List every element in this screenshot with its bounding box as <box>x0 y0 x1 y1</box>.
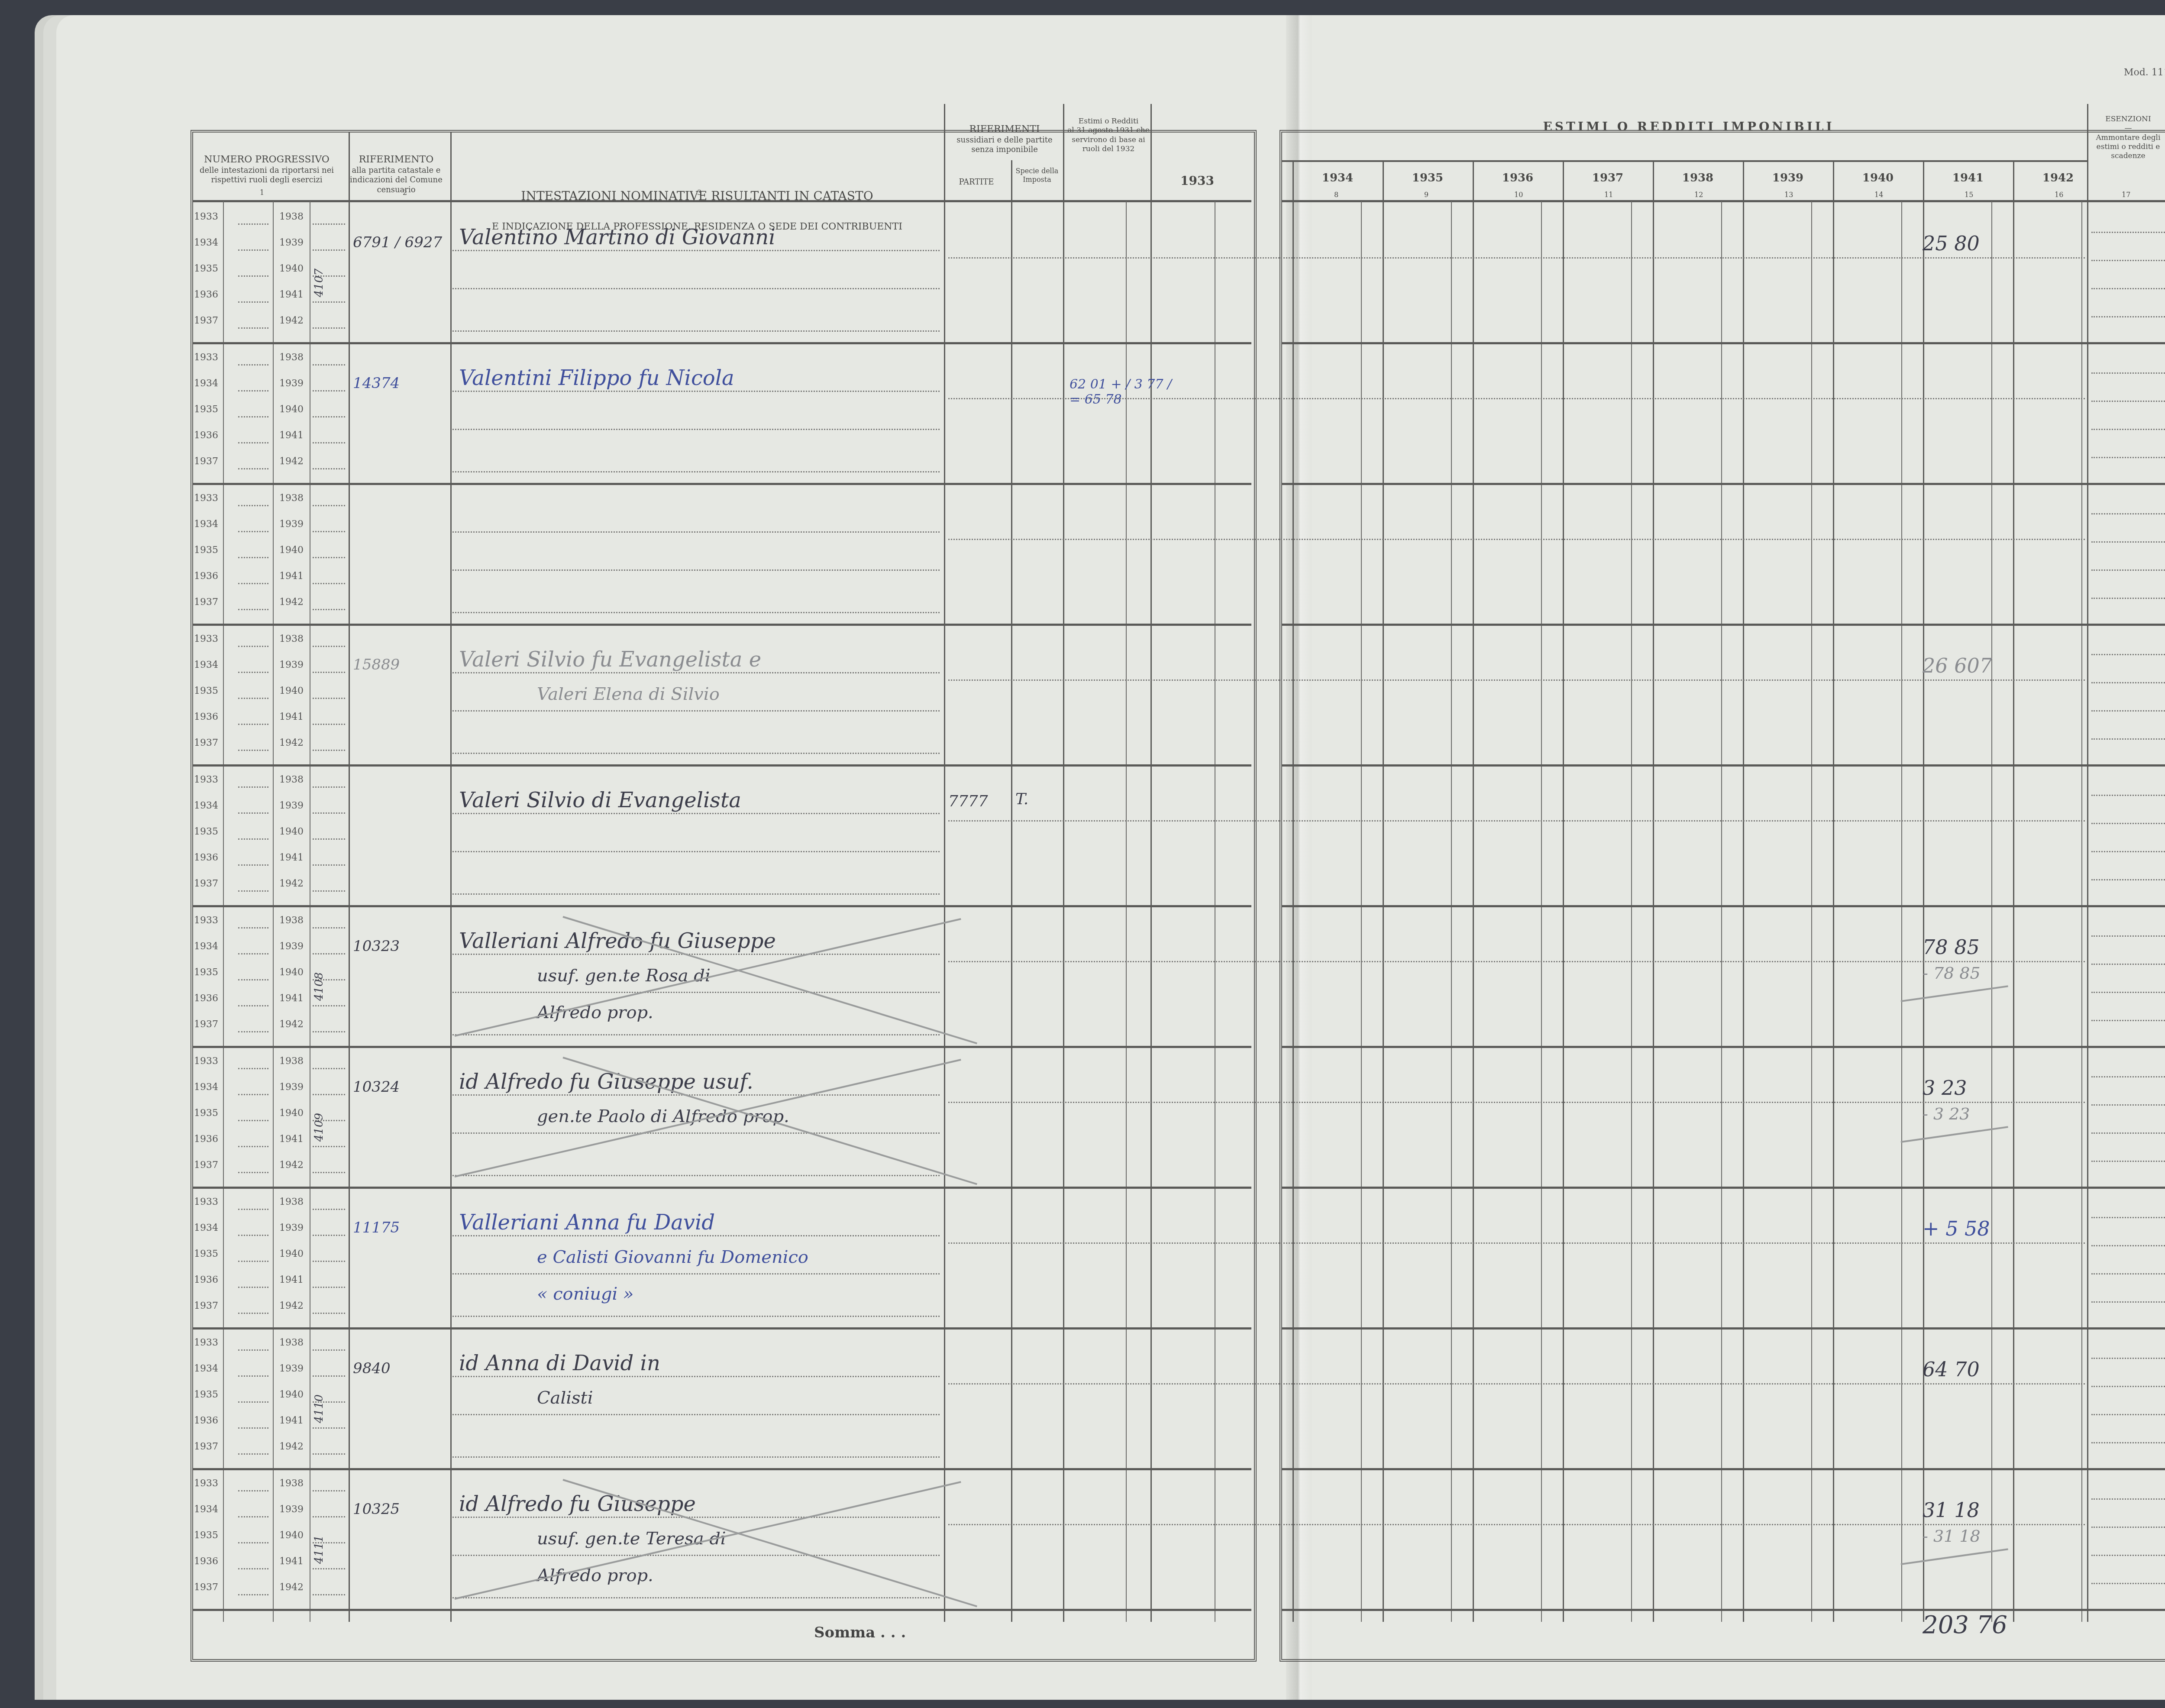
dotted-blank <box>238 1542 268 1543</box>
year-label: 1938 <box>279 634 304 644</box>
entry-separator <box>193 483 1251 485</box>
rule-col17-18 <box>2087 104 2088 1622</box>
rule-year-col <box>1923 161 1924 1622</box>
cadastral-reference: 10324 <box>353 1078 400 1096</box>
dotted-blank <box>313 1349 345 1351</box>
entry-separator <box>1282 342 2165 344</box>
year-label: 1941 <box>279 852 304 863</box>
header-year-1934: 1934 <box>1293 171 1383 185</box>
name-line <box>452 391 940 392</box>
sum-1941-value: 203 76 <box>1923 1611 2007 1639</box>
exemption-line <box>2091 598 2165 599</box>
exemption-line <box>2091 1217 2165 1218</box>
cadastral-reference: 9840 <box>353 1360 391 1377</box>
value-line <box>948 539 2085 540</box>
year-label: 1941 <box>279 1556 304 1567</box>
exemption-line <box>2091 964 2165 965</box>
value-1941: 3 23 <box>1923 1076 1967 1100</box>
dotted-blank <box>238 812 268 814</box>
entry-separator <box>1282 1187 2165 1189</box>
year-label: 1933 <box>194 493 218 504</box>
dotted-blank <box>238 890 268 892</box>
name-line <box>452 288 940 289</box>
rule-col6-col7 <box>1150 104 1152 1622</box>
name-line <box>452 710 940 712</box>
year-label: 1941 <box>279 1415 304 1426</box>
exemption-line <box>2091 935 2165 937</box>
year-label: 1939 <box>279 1223 304 1233</box>
year-label: 1941 <box>279 1134 304 1145</box>
rule-year-col <box>2013 161 2014 1622</box>
entry-separator <box>193 905 1251 907</box>
name-line <box>452 893 940 895</box>
rule-year-col <box>1563 161 1564 1622</box>
exemption-line <box>2091 457 2165 458</box>
dotted-blank <box>238 1375 268 1377</box>
dotted-blank <box>313 786 345 788</box>
name-line <box>452 1316 940 1317</box>
entry-separator <box>193 342 1251 344</box>
header-col6-body: al 31 agosto 1931 che servirono di base … <box>1065 126 1152 154</box>
value-1941: 78 85 <box>1923 935 1980 959</box>
dotted-blank <box>238 1594 268 1595</box>
header-year-1942: 1942 <box>2013 171 2103 185</box>
col-number-9: 9 <box>1424 191 1428 199</box>
col-number-15: 15 <box>1965 191 1973 199</box>
cadastral-reference: 15889 <box>353 656 400 673</box>
year-label: 1934 <box>194 1082 218 1093</box>
value-line <box>948 820 2085 822</box>
dotted-blank <box>238 1490 268 1491</box>
name-line <box>452 1034 940 1035</box>
entry-separator <box>1282 1609 2165 1611</box>
rule-cents <box>1451 201 1452 1622</box>
year-label: 1938 <box>279 915 304 926</box>
dotted-blank <box>238 1005 268 1006</box>
dotted-blank <box>313 223 345 225</box>
col-number-1: 1 <box>260 188 264 197</box>
dotted-blank <box>313 812 345 814</box>
entry-separator <box>1282 1327 2165 1330</box>
dotted-blank <box>238 1068 268 1069</box>
year-label: 1937 <box>194 1300 218 1311</box>
rule-col7-cents <box>1215 201 1215 1622</box>
value-1941: 26 607 <box>1923 654 1992 677</box>
value-line <box>948 1102 2085 1103</box>
year-label: 1942 <box>279 1300 304 1311</box>
entry-separator <box>193 764 1251 767</box>
rule-cents <box>1721 201 1722 1622</box>
header-year-1935: 1935 <box>1383 171 1473 185</box>
estimi-subrule <box>1282 160 2087 162</box>
year-label: 1936 <box>194 712 218 722</box>
year-label: 1942 <box>279 597 304 608</box>
year-label: 1939 <box>279 1363 304 1374</box>
entry-separator <box>193 624 1251 626</box>
rule-cents <box>2081 201 2082 1622</box>
year-label: 1939 <box>279 660 304 670</box>
dotted-blank <box>238 1235 268 1236</box>
entry-separator <box>1282 764 2165 767</box>
dotted-blank <box>238 531 268 532</box>
dotted-blank <box>313 1427 345 1429</box>
dotted-blank <box>313 1146 345 1147</box>
dotted-blank <box>238 864 268 866</box>
header-col2: RIFERIMENTO alla partita catastale e ind… <box>342 119 450 195</box>
year-label: 1939 <box>279 1082 304 1093</box>
rule-col5-col6 <box>1063 104 1064 1622</box>
entry-separator <box>193 1609 1251 1611</box>
dotted-blank <box>313 301 345 303</box>
dotted-blank <box>238 1516 268 1517</box>
year-label: 1936 <box>194 430 218 441</box>
cadastral-reference: 11175 <box>353 1219 400 1236</box>
name-line <box>452 1376 940 1377</box>
dotted-blank <box>313 953 345 954</box>
year-label: 1942 <box>279 1019 304 1030</box>
header-col2-body: alla partita catastale e indicazioni del… <box>342 166 450 195</box>
dotted-blank <box>313 442 345 443</box>
dotted-blank <box>313 750 345 751</box>
year-label: 1935 <box>194 1249 218 1259</box>
dotted-blank <box>313 1568 345 1569</box>
left-table-frame <box>191 130 1257 1662</box>
value-line <box>948 1242 2085 1244</box>
exemption-line <box>2091 372 2165 374</box>
header-col17-title: ESENZIONI <box>2089 115 2165 124</box>
dotted-blank <box>238 1401 268 1403</box>
year-label: 1934 <box>194 378 218 389</box>
year-label: 1933 <box>194 211 218 222</box>
dotted-blank <box>313 1594 345 1595</box>
dotted-blank <box>313 1453 345 1455</box>
year-label: 1935 <box>194 686 218 696</box>
year-label: 1939 <box>279 237 304 248</box>
dotted-blank <box>313 327 345 329</box>
dotted-blank <box>313 468 345 469</box>
exemption-line <box>2091 401 2165 402</box>
dotted-blank <box>313 672 345 673</box>
owner-name-line: id Alfredo fu Giuseppe usuf. <box>459 1070 753 1094</box>
name-line <box>452 1273 940 1275</box>
year-label: 1937 <box>194 878 218 889</box>
year-label: 1935 <box>194 1389 218 1400</box>
exemption-line <box>2091 1527 2165 1528</box>
dotted-blank <box>238 557 268 558</box>
exemption-line <box>2091 1020 2165 1021</box>
dotted-blank <box>238 1146 268 1147</box>
rule-col3-col4 <box>944 104 945 1622</box>
dotted-blank <box>238 223 268 225</box>
exemption-line <box>2091 541 2165 543</box>
year-label: 1934 <box>194 519 218 530</box>
year-label: 1940 <box>279 967 304 978</box>
dotted-blank <box>238 609 268 610</box>
header-estimi-title: ESTIMI O REDDITI IMPONIBILI <box>1299 119 2078 134</box>
header-col5: Specie della Imposta <box>1011 167 1063 184</box>
year-label: 1937 <box>194 1582 218 1593</box>
name-line <box>452 429 940 430</box>
rule-cents <box>1541 201 1542 1622</box>
value-1941: 64 70 <box>1923 1358 1980 1381</box>
dotted-blank <box>238 1261 268 1262</box>
year-label: 1937 <box>194 1019 218 1030</box>
owner-name-line: Valeri Silvio fu Evangelista e <box>459 647 761 672</box>
name-line <box>452 1597 940 1598</box>
year-label: 1933 <box>194 1197 218 1207</box>
year-label: 1936 <box>194 1134 218 1145</box>
col-number-3: 3 <box>697 188 701 197</box>
dotted-blank <box>313 390 345 391</box>
rule-cents <box>1361 201 1362 1622</box>
header-year-1937: 1937 <box>1563 171 1653 185</box>
dotted-blank <box>313 1005 345 1006</box>
dotted-blank <box>313 864 345 866</box>
dotted-blank <box>238 979 268 980</box>
dotted-blank <box>313 1516 345 1517</box>
name-line <box>452 1094 940 1096</box>
dotted-blank <box>238 390 268 391</box>
year-label: 1938 <box>279 211 304 222</box>
year-label: 1934 <box>194 660 218 670</box>
dotted-blank <box>238 1287 268 1288</box>
header-col45: RIFERIMENTI sussidiari e delle partite s… <box>946 110 1063 155</box>
value-1941-correction: - 31 18 <box>1923 1527 1981 1546</box>
dotted-blank <box>313 505 345 506</box>
dotted-blank <box>238 327 268 329</box>
owner-name-line: Valeri Elena di Silvio <box>537 684 720 704</box>
entry-separator <box>1282 1046 2165 1048</box>
name-line <box>452 753 940 754</box>
right-table-frame <box>1280 130 2165 1662</box>
exemption-line <box>2091 1414 2165 1415</box>
year-label: 1934 <box>194 941 218 952</box>
year-label: 1938 <box>279 493 304 504</box>
header-col4: PARTITE <box>946 178 1007 188</box>
dotted-blank <box>238 646 268 647</box>
dotted-blank <box>313 1172 345 1173</box>
header-col17: ESENZIONI — Ammontare degli estimi o red… <box>2089 115 2165 161</box>
header-col45-title: RIFERIMENTI <box>946 123 1063 136</box>
year-label: 1942 <box>279 1160 304 1171</box>
name-line <box>452 612 940 613</box>
name-line <box>452 813 940 814</box>
year-label: 1939 <box>279 800 304 811</box>
dotted-blank <box>238 1427 268 1429</box>
owner-name-line: Valeri Silvio di Evangelista <box>459 788 741 812</box>
dotted-blank <box>313 646 345 647</box>
header-col1-body: delle intestazioni da riportarsi nei ris… <box>193 166 340 185</box>
name-line <box>452 851 940 852</box>
header-col45-body: sussidiari e delle partite senza imponib… <box>946 136 1063 155</box>
dotted-blank <box>238 927 268 928</box>
year-label: 1940 <box>279 1108 304 1119</box>
col-number-8: 8 <box>1334 191 1338 199</box>
rule-cents <box>1811 201 1812 1622</box>
year-label: 1940 <box>279 1389 304 1400</box>
year-label: 1940 <box>279 1249 304 1259</box>
year-label: 1937 <box>194 315 218 326</box>
year-label: 1936 <box>194 289 218 300</box>
dotted-blank <box>313 724 345 725</box>
owner-name-line: « coniugi » <box>537 1284 634 1304</box>
owner-name-line: gen.te Paolo di Alfredo prop. <box>537 1106 789 1126</box>
entry-separator <box>1282 483 2165 485</box>
col-number-2: 2 <box>403 188 407 197</box>
year-label: 1938 <box>279 1197 304 1207</box>
name-line <box>452 1517 940 1518</box>
year-label: 1933 <box>194 1337 218 1348</box>
dotted-blank <box>238 1349 268 1351</box>
name-line <box>452 250 940 251</box>
name-line <box>452 1456 940 1458</box>
dotted-blank <box>313 609 345 610</box>
name-line <box>452 330 940 332</box>
year-label: 1938 <box>279 1478 304 1489</box>
header-col1: NUMERO PROGRESSIVO delle intestazioni da… <box>193 119 340 185</box>
dotted-blank <box>238 750 268 751</box>
col-number-14: 14 <box>1874 191 1883 199</box>
entry-separator <box>193 1468 1251 1470</box>
dotted-blank <box>238 672 268 673</box>
dotted-blank <box>313 1287 345 1288</box>
year-label: 1941 <box>279 712 304 722</box>
rule-year-col <box>1473 161 1474 1622</box>
year-label: 1941 <box>279 289 304 300</box>
col-number-17: 17 <box>2122 191 2130 199</box>
year-label: 1935 <box>194 967 218 978</box>
exemption-line <box>2091 1555 2165 1556</box>
name-line <box>452 992 940 993</box>
year-label: 1935 <box>194 826 218 837</box>
col-number-11: 11 <box>1604 191 1613 199</box>
col-number-13: 13 <box>1784 191 1793 199</box>
progressive-number: 4109 <box>313 1113 326 1142</box>
cadastral-reference: 14374 <box>353 375 400 392</box>
owner-name-line: Valentino Martino di Giovanni <box>459 225 776 249</box>
col-number-16: 16 <box>2055 191 2063 199</box>
value-1941-correction: - 78 85 <box>1923 964 1981 983</box>
entry-separator <box>193 1187 1251 1189</box>
dotted-blank <box>238 1313 268 1314</box>
year-label: 1941 <box>279 1275 304 1285</box>
exemption-line <box>2091 823 2165 824</box>
year-label: 1938 <box>279 1337 304 1348</box>
sum-label: Somma . . . <box>814 1624 906 1641</box>
owner-name-line: id Anna di David in <box>459 1351 660 1375</box>
dotted-blank <box>313 531 345 532</box>
value-line <box>948 961 2085 962</box>
exemption-line <box>2091 851 2165 852</box>
year-label: 1938 <box>279 1056 304 1067</box>
rule-col4-col5 <box>1011 160 1012 1622</box>
year-label: 1936 <box>194 571 218 582</box>
rule-col1-a <box>223 201 224 1622</box>
cadastral-reference: 10325 <box>353 1501 400 1518</box>
year-label: 1933 <box>194 915 218 926</box>
rule-col1-col2 <box>349 132 350 1622</box>
col-number-10: 10 <box>1514 191 1523 199</box>
year-label: 1933 <box>194 1056 218 1067</box>
dotted-blank <box>313 1235 345 1236</box>
dotted-blank <box>238 1120 268 1121</box>
year-label: 1935 <box>194 263 218 274</box>
year-label: 1934 <box>194 1223 218 1233</box>
dotted-blank <box>313 364 345 366</box>
year-label: 1942 <box>279 1441 304 1452</box>
progressive-number: 4107 <box>313 268 326 297</box>
partite-value: 7777 <box>948 793 988 810</box>
year-label: 1942 <box>279 1582 304 1593</box>
exemption-line <box>2091 1245 2165 1246</box>
dotted-blank <box>313 583 345 584</box>
year-label: 1940 <box>279 263 304 274</box>
entry-separator <box>193 1327 1251 1330</box>
year-label: 1937 <box>194 738 218 748</box>
header-rule-right <box>1282 200 2165 202</box>
header-year-1936: 1936 <box>1473 171 1563 185</box>
header-col6: Estimi o Redditi al 31 agosto 1931 che s… <box>1065 110 1152 154</box>
dotted-blank <box>313 1375 345 1377</box>
value-line <box>948 679 2085 681</box>
name-line <box>452 531 940 533</box>
progressive-number: 4108 <box>313 972 326 1001</box>
rule-col2-col3 <box>450 132 452 1622</box>
year-label: 1933 <box>194 1478 218 1489</box>
year-label: 1935 <box>194 404 218 415</box>
dotted-blank <box>313 1031 345 1032</box>
exemption-line <box>2091 710 2165 712</box>
rule-col1-c <box>310 201 310 1622</box>
dotted-blank <box>238 698 268 699</box>
col-number-12: 12 <box>1694 191 1703 199</box>
dotted-blank <box>313 927 345 928</box>
dotted-blank <box>238 364 268 366</box>
year-label: 1941 <box>279 571 304 582</box>
cadastral-reference: 10323 <box>353 938 400 955</box>
year-label: 1933 <box>194 774 218 785</box>
value-1941-correction: - 3 23 <box>1923 1104 1970 1123</box>
name-line <box>452 1132 940 1134</box>
year-label: 1937 <box>194 456 218 467</box>
exemption-line <box>2091 654 2165 655</box>
year-label: 1939 <box>279 1504 304 1515</box>
dotted-blank <box>238 1031 268 1032</box>
year-label: 1933 <box>194 352 218 363</box>
entry-separator <box>1282 624 2165 626</box>
header-col17-body: Ammontare degli estimi o redditi e scade… <box>2089 133 2165 161</box>
exemption-line <box>2091 429 2165 430</box>
year-label: 1942 <box>279 738 304 748</box>
exemption-line <box>2091 682 2165 683</box>
year-label: 1939 <box>279 941 304 952</box>
entry-separator <box>1282 1468 2165 1470</box>
dotted-blank <box>313 249 345 251</box>
year-label: 1937 <box>194 1160 218 1171</box>
dotted-blank <box>313 890 345 892</box>
dotted-blank <box>313 557 345 558</box>
rule-col6-cents <box>1126 201 1127 1622</box>
exemption-line <box>2091 260 2165 261</box>
entry-separator <box>193 1046 1251 1048</box>
name-line <box>452 672 940 673</box>
dotted-blank <box>238 505 268 506</box>
rule-cents <box>1631 201 1632 1622</box>
dotted-blank <box>238 442 268 443</box>
value-1941: 25 80 <box>1923 232 1980 255</box>
year-label: 1933 <box>194 634 218 644</box>
dotted-blank <box>313 838 345 840</box>
